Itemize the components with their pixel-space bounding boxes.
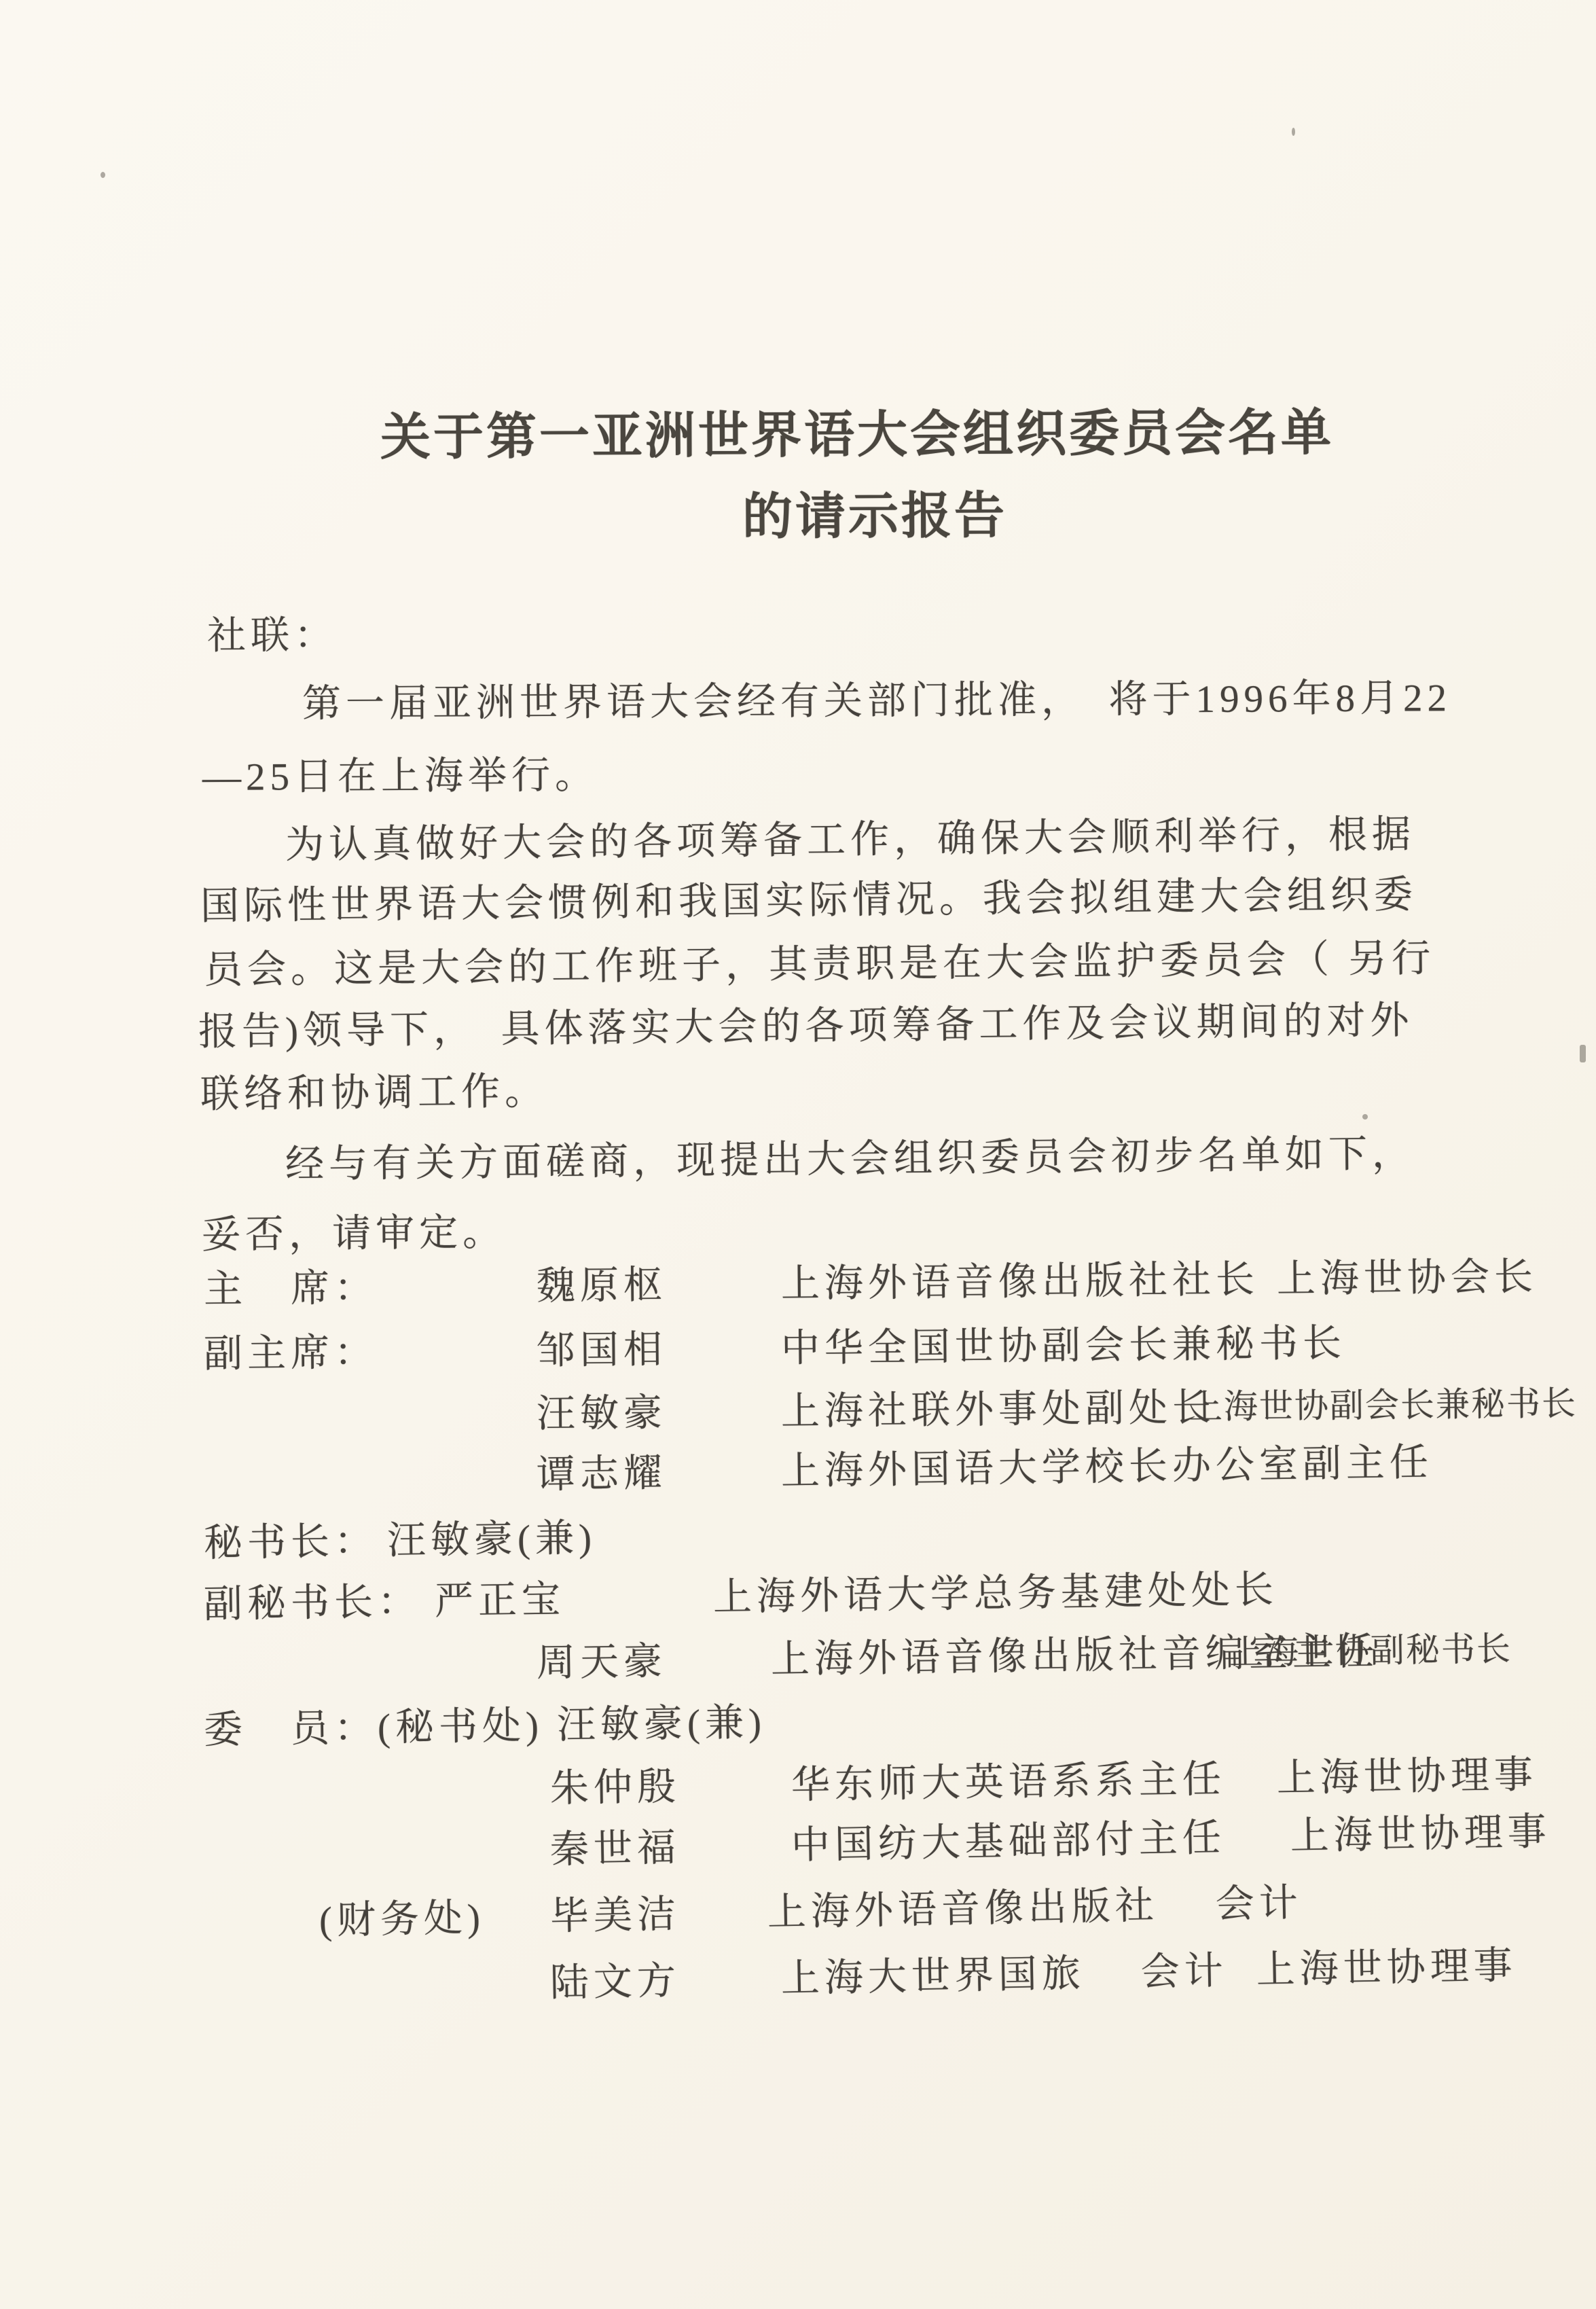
affiliation: 上海大世界国旅 xyxy=(780,1942,1085,2003)
affiliation: 华东师大英语系系主任 xyxy=(791,1748,1226,1810)
title-extra: 会计 xyxy=(1215,1872,1303,1929)
para1-line2: —25日在上海举行。 xyxy=(202,744,598,802)
title-extra: 上海世协理事 xyxy=(1290,1800,1551,1861)
dept-label: (财务处) xyxy=(319,1886,485,1945)
para3-line2: 妥否，请审定。 xyxy=(202,1201,507,1259)
person-name: 邹国相 xyxy=(537,1319,668,1376)
scan-speck xyxy=(1580,1045,1586,1062)
person-name: 朱仲殷 xyxy=(549,1755,681,1813)
person-name: 汪敏豪 xyxy=(537,1382,668,1439)
title-extra: 上海世协会长 xyxy=(1277,1245,1538,1304)
role-label: 秘书长： xyxy=(203,1509,378,1568)
para1-line1: 第一届亚洲世界语大会经有关部门批准， 将于1996年8月22 xyxy=(302,666,1451,728)
affiliation: 上海外语大学总务基建处处长 xyxy=(712,1558,1278,1622)
title-extra-2: 上海世协理事 xyxy=(1256,1934,1517,1994)
affiliation: 中华全国世协副会长兼秘书长 xyxy=(781,1312,1347,1373)
affiliation: 上海外语音像出版社 xyxy=(767,1874,1159,1937)
affiliation: 上海外国语大学校长办公室副主任 xyxy=(780,1431,1433,1496)
person-name: 周天豪 xyxy=(536,1630,667,1687)
scan-speck xyxy=(1362,1114,1368,1120)
scan-speck xyxy=(101,172,105,178)
title-extra: 会计 xyxy=(1140,1939,1228,1997)
person-name: 谭志耀 xyxy=(536,1442,667,1499)
person-name: 魏原枢 xyxy=(537,1254,668,1311)
document-page: 关于第一亚洲世界语大会组织委员会名单 的请示报告 社联： 第一届亚洲世界语大会经… xyxy=(0,0,1596,2309)
affiliation: 上海外语音像出版社社长 xyxy=(781,1248,1260,1308)
role-label: 主 席： xyxy=(204,1257,378,1314)
person-name: 陆文方 xyxy=(549,1950,681,2008)
affiliation: 上海社联外事处副处长 xyxy=(781,1376,1216,1436)
role-label: 副秘书长： xyxy=(203,1570,421,1628)
doc-title-line-2: 的请示报告 xyxy=(742,476,1008,549)
person-name: 汪敏豪(兼) xyxy=(556,1691,766,1749)
role-label: 副主席： xyxy=(204,1321,378,1378)
doc-title-line-1: 关于第一亚洲世界语大会组织委员会名单 xyxy=(380,393,1335,469)
person-name: 严正宝 xyxy=(434,1568,565,1626)
person-name: 秦世福 xyxy=(549,1816,681,1875)
title-extra: 上海世协副会长兼秘书长 xyxy=(1189,1376,1578,1429)
title-extra: 上海世协副秘书长 xyxy=(1229,1622,1512,1675)
para2-line5: 联络和协调工作。 xyxy=(200,1060,549,1119)
roster-row-vice-chairman-1: 副主席： 邹国相 中华全国世协副会长兼秘书长 xyxy=(0,1309,1596,1382)
person-name: 汪敏豪(兼) xyxy=(386,1507,596,1565)
para2-line2: 国际性世界语大会惯例和我国实际情况。我会拟组建大会组织委 xyxy=(200,863,1418,931)
person-name: 毕美洁 xyxy=(549,1883,681,1941)
salutation: 社联： xyxy=(207,604,338,660)
para2-line1: 为认真做好大会的各项筹备工作，确保大会顺利举行，根据 xyxy=(285,803,1416,870)
role-label: 委 员：(秘书处) xyxy=(203,1694,543,1755)
para3-line1: 经与有关方面磋商，现提出大会组织委员会初步名单如下， xyxy=(285,1122,1416,1189)
para2-line3: 员会。这是大会的工作班子，其责职是在大会监护委员会（ 另行 xyxy=(204,927,1436,995)
title-extra: 上海世协理事 xyxy=(1276,1743,1538,1802)
para2-line4: 报告)领导下， 具体落实大会的各项筹备工作及会议期间的对外 xyxy=(198,989,1414,1056)
scan-speck xyxy=(1292,128,1295,136)
affiliation: 中国纺大基础部付主任 xyxy=(791,1806,1226,1870)
